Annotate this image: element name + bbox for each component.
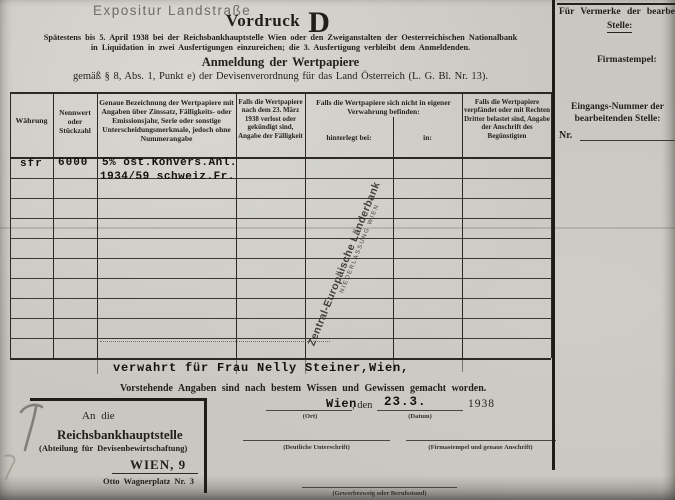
panel-nr-line [580,140,675,141]
table-row-line [10,198,551,199]
instructions-line2: in Liquidation in zwei Ausfertigungen ei… [8,43,553,52]
table-row-line [10,298,551,299]
col-header-currency: Währung [11,116,52,125]
entry-description-line2: 1934/59 schweiz.Fr. [100,171,235,183]
col-header-custody-group: Falls die Wertpapiere sich nicht in eige… [307,98,460,116]
panel-firmstamp-label: Firmastempel: [597,55,657,65]
entry-description-line1: 5% öst.Konvers.Anl. [102,157,237,169]
paper-fold-line [0,227,675,229]
trade-label: (Gewerbezweig oder Berufsstand) [302,490,457,497]
entry-currency: sfr [20,158,43,170]
panel-entry-number-line1: Eingangs-Nummer der [560,102,675,114]
address-city: WIEN, 9 [130,457,186,473]
table-vline-ext [97,358,98,374]
panel-entry-number-line2: bearbeitenden Stelle: [560,114,675,126]
address-city-underline [112,473,198,474]
scanned-form-vordruck-d: Expositur Landstraße Vordruck D Späteste… [0,0,675,500]
col-header-custody-in: in: [394,133,461,142]
address-name: Reichsbankhauptstelle [57,427,183,443]
panel-top-rule [557,3,675,5]
handwritten-mark-small [1,452,23,482]
table-row-line [10,178,551,179]
address-box-top-border [30,398,207,401]
table-row-line [10,258,551,259]
typed-custody-note: verwahrt für Frau Nelly Steiner,Wien, [113,361,409,375]
date-line [377,410,463,411]
signature-line [243,440,390,441]
datum-label: (Datum) [380,413,460,420]
table-row-line [10,338,551,339]
panel-entry-number-label: Eingangs-Nummer der bearbeitenden Stelle… [560,102,675,126]
table-vline-ext [462,358,463,372]
handwritten-mark [18,402,48,457]
instructions-line1: Spätestens bis 5. April 1938 bei der Rei… [8,33,553,42]
form-title: Anmeldung der Wertpapiere [8,55,553,70]
bank-stamp-branch: NIEDERLASSUNG WIEN [327,173,393,324]
table-header-border [10,157,551,159]
ort-label: (Ort) [270,413,350,420]
col-header-custody-at: hinterlegt bei: [307,133,391,142]
year-printed: 1938 [468,398,495,410]
address-dept: (Abteilung für Devisenbewirtschaftung) [39,443,187,453]
panel-note-line2: Stelle: [607,21,632,33]
declaration-statement: Vorstehende Angaben sind nach bestem Wis… [120,383,486,394]
form-code-word: Vordruck [226,11,300,30]
col-header-nominal: Nennwert oder Stückzahl [54,108,96,135]
trade-line [302,487,457,488]
signature-label: (Deutliche Unterschrift) [243,444,390,451]
table-row-line [10,238,551,239]
col-header-description: Genaue Bezeichnung der Wertpapiere mit A… [99,98,234,143]
col-header-redeemed: Falls die Wertpapiere nach dem 23. März … [238,98,303,140]
address-street: Otto Wagnerplatz Nr. 3 [103,476,194,486]
address-an-die: An die [82,410,115,422]
col-header-pledged: Falls die Wertpapiere verpfändet oder mi… [464,98,550,140]
panel-note-line1: Für Vermerke der bearbeitenden [559,7,675,17]
date-value: 23.3. [384,395,427,409]
table-top-border [10,92,551,94]
table-row-line [10,318,551,319]
panel-divider [552,0,555,470]
table-row-line [10,218,551,219]
dotted-artifact-line [100,341,330,342]
form-subtitle: gemäß § 8, Abs. 1, Punkt e) der Devisenv… [8,71,553,82]
table-row-line [10,358,551,360]
firmstamp-label: (Firmastempel und genaue Anschrift) [398,444,563,451]
panel-nr-label: Nr. [559,130,572,141]
table-row-line [10,278,551,279]
den-label: , den [352,400,372,411]
entry-nominal: 6000 [58,157,88,169]
firmstamp-line [406,440,556,441]
address-box-right-border [204,398,207,493]
